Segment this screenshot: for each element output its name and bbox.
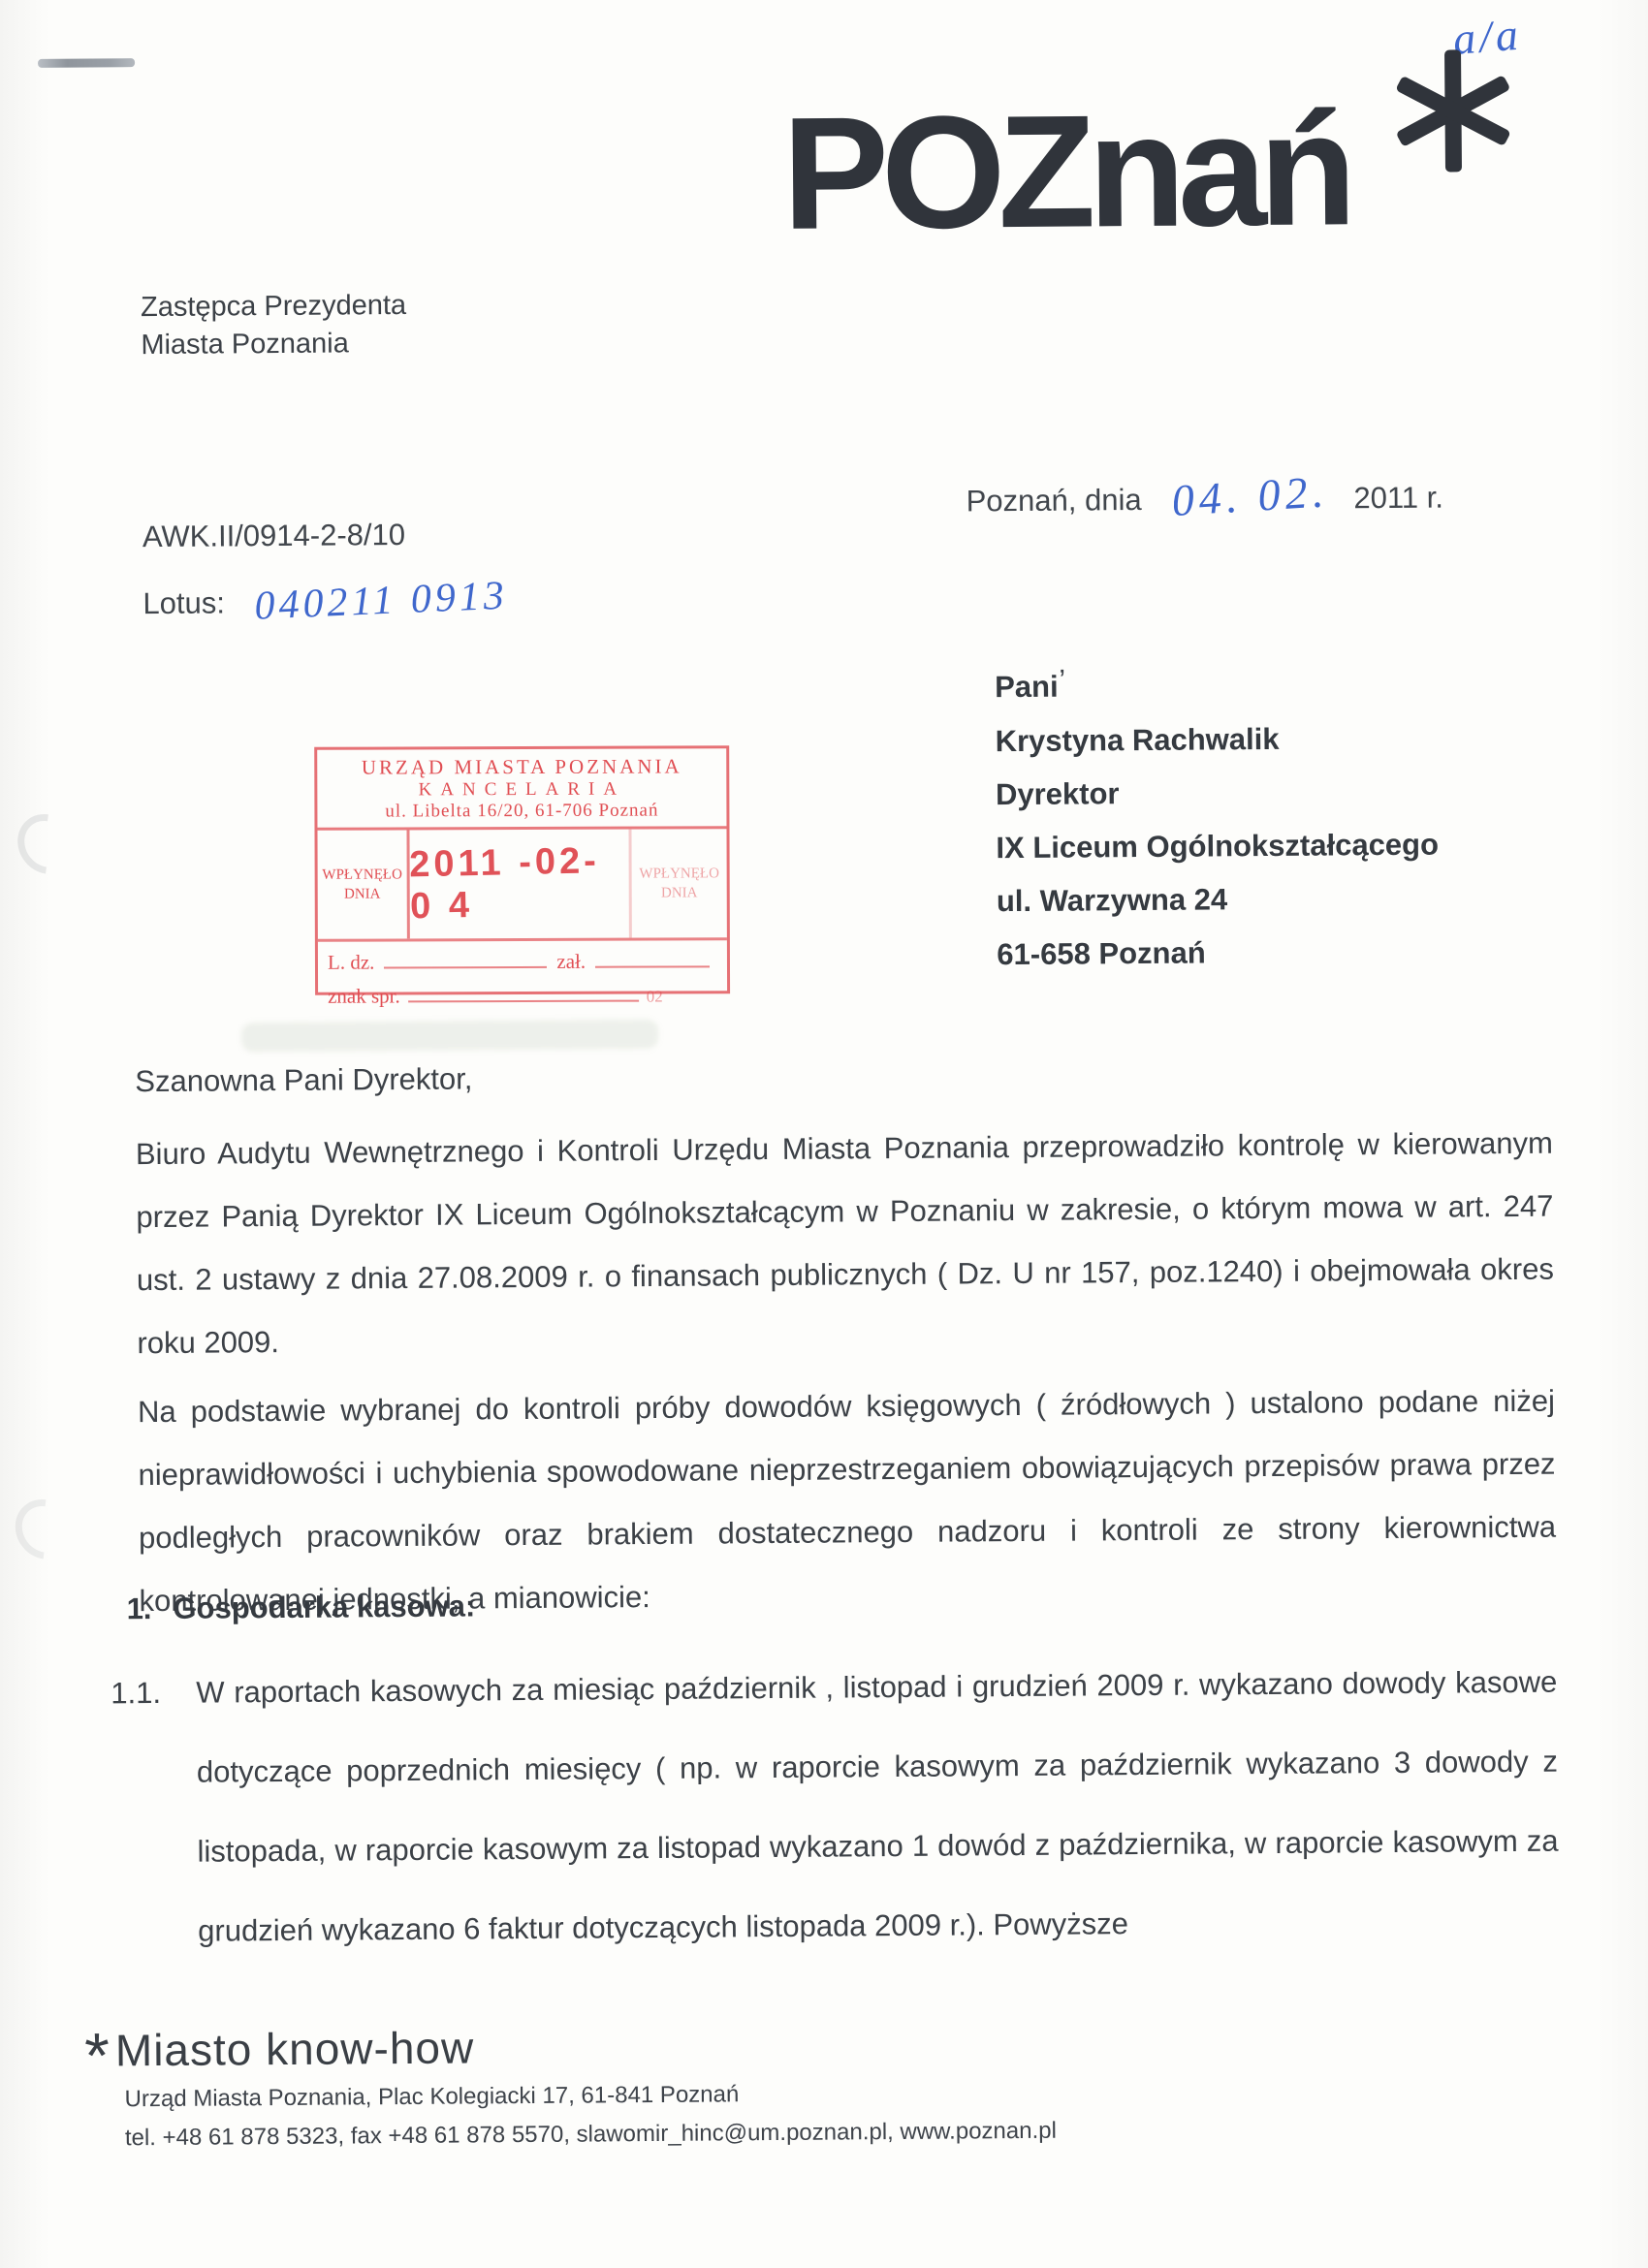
stray-pen-mark: ʼ [1059,666,1065,698]
finding-item-text: W raportach kasowych za miesiąc paździer… [196,1643,1560,1971]
stamp-date: 2011 -02- 0 4 [409,840,630,929]
sender-city: Miasta Poznania [141,325,406,364]
stamp-received-label-faint: WPŁYNĘŁO DNIA [628,829,726,937]
stamp-znak-row: znak spr.02 [328,982,717,1008]
stamp-header: URZĄD MIASTA POZNANIA KANCELARIA ul. Lib… [317,748,726,830]
registry-stamp: URZĄD MIASTA POZNANIA KANCELARIA ul. Lib… [314,745,730,994]
letter-sheet: a/a POZnań Zastępca Prezydenta Miasta Po… [0,0,1648,2268]
reference-number: AWK.II/0914-2-8/10 [143,518,405,554]
stamp-blank-line [384,949,547,969]
footer-address: Urząd Miasta Poznania, Plac Kolegiacki 1… [124,2081,739,2113]
finding-item-number: 1.1. [111,1654,161,1733]
recipient-salutation: Paniʼ [995,657,1438,715]
dateline-prefix: Poznań, dnia [967,483,1142,518]
footer-contact: tel. +48 61 878 5323, fax +48 61 878 557… [125,2118,1057,2153]
lotus-line: Lotus: 040211 0913 [143,575,508,624]
stamp-ldz-row: L. dz.zał. [328,948,717,974]
stamp-footer: L. dz.zał. znak spr.02 [318,940,727,1008]
scan-artifact-curve [3,1488,85,1571]
stamp-znak-label: znak spr. [328,984,400,1007]
sender-title: Zastępca Prezydenta [141,287,406,327]
stamp-ldz-label: L. dz. [328,951,374,974]
scan-artifact-curve [6,803,88,886]
section-1-heading: 1.Gospodarka kasowa: [126,1589,475,1626]
greeting: Szanowna Pani Dyrektor, [135,1061,472,1099]
stamp-received-word-faint: WPŁYNĘŁO [639,864,719,883]
faded-stamp-smudge [241,1020,658,1052]
recipient-street: ul. Warzywna 24 [997,871,1440,929]
stamp-corner-number: 02 [647,988,663,1006]
stamp-unit-name: KANCELARIA [321,778,722,801]
poznan-logo-wordmark: POZnań [781,79,1349,263]
stamp-blank-line [408,983,639,1003]
stamp-zal-label: zał. [556,950,586,973]
sender-block: Zastępca Prezydenta Miasta Poznania [141,287,407,364]
stamp-received-dnia-faint: DNIA [661,883,698,902]
recipient-name: Krystyna Rachwalik [995,711,1438,769]
handwritten-lotus-number: 040211 0913 [254,573,509,630]
recipient-block: Paniʼ Krystyna Rachwalik Dyrektor IX Lic… [995,657,1440,982]
handwritten-date: 04. 02. [1170,465,1329,526]
footer-asterisk-icon: * [84,2019,110,2091]
footer-slogan: *Miasto know-how [84,2015,475,2092]
stamp-received-label: WPŁYNĘŁO DNIA [317,830,409,938]
staple-mark [38,58,135,68]
recipient-institution: IX Liceum Ogólnokształcącego [996,818,1439,875]
stamp-received-word: WPŁYNĘŁO [322,865,402,884]
stamp-middle-row: WPŁYNĘŁO DNIA 2011 -02- 0 4 WPŁYNĘŁO DNI… [317,829,726,941]
section-1-number: 1. [126,1591,151,1625]
section-1-title: Gospodarka kasowa: [173,1589,475,1624]
recipient-salutation-text: Pani [995,670,1059,705]
paragraph-1: Biuro Audytu Wewnętrznego i Kontroli Urz… [136,1112,1555,1374]
stamp-received-dnia: DNIA [344,885,381,904]
recipient-city: 61-658 Poznań [997,925,1440,982]
stamp-blank-line [595,948,710,967]
finding-item-1-1: 1.1. W raportach kasowych za miesiąc paź… [111,1643,1560,1972]
dateline-year: 2011 r. [1353,481,1443,516]
stamp-org-name: URZĄD MIASTA POZNANIA [321,754,722,779]
recipient-title: Dyrektor [996,765,1439,822]
poznan-logo: POZnań [781,88,1520,317]
asterisk-star-icon [1387,47,1519,189]
stamp-date-cell: 2011 -02- 0 4 [409,830,628,939]
dateline: Poznań, dnia 04. 02. 2011 r. [966,467,1443,522]
lotus-label: Lotus: [143,585,225,620]
footer-slogan-text: Miasto know-how [115,2022,475,2075]
stamp-address: ul. Libelta 16/20, 61-706 Poznań [321,800,722,822]
scanned-letter-page: a/a POZnań Zastępca Prezydenta Miasta Po… [0,0,1648,2268]
